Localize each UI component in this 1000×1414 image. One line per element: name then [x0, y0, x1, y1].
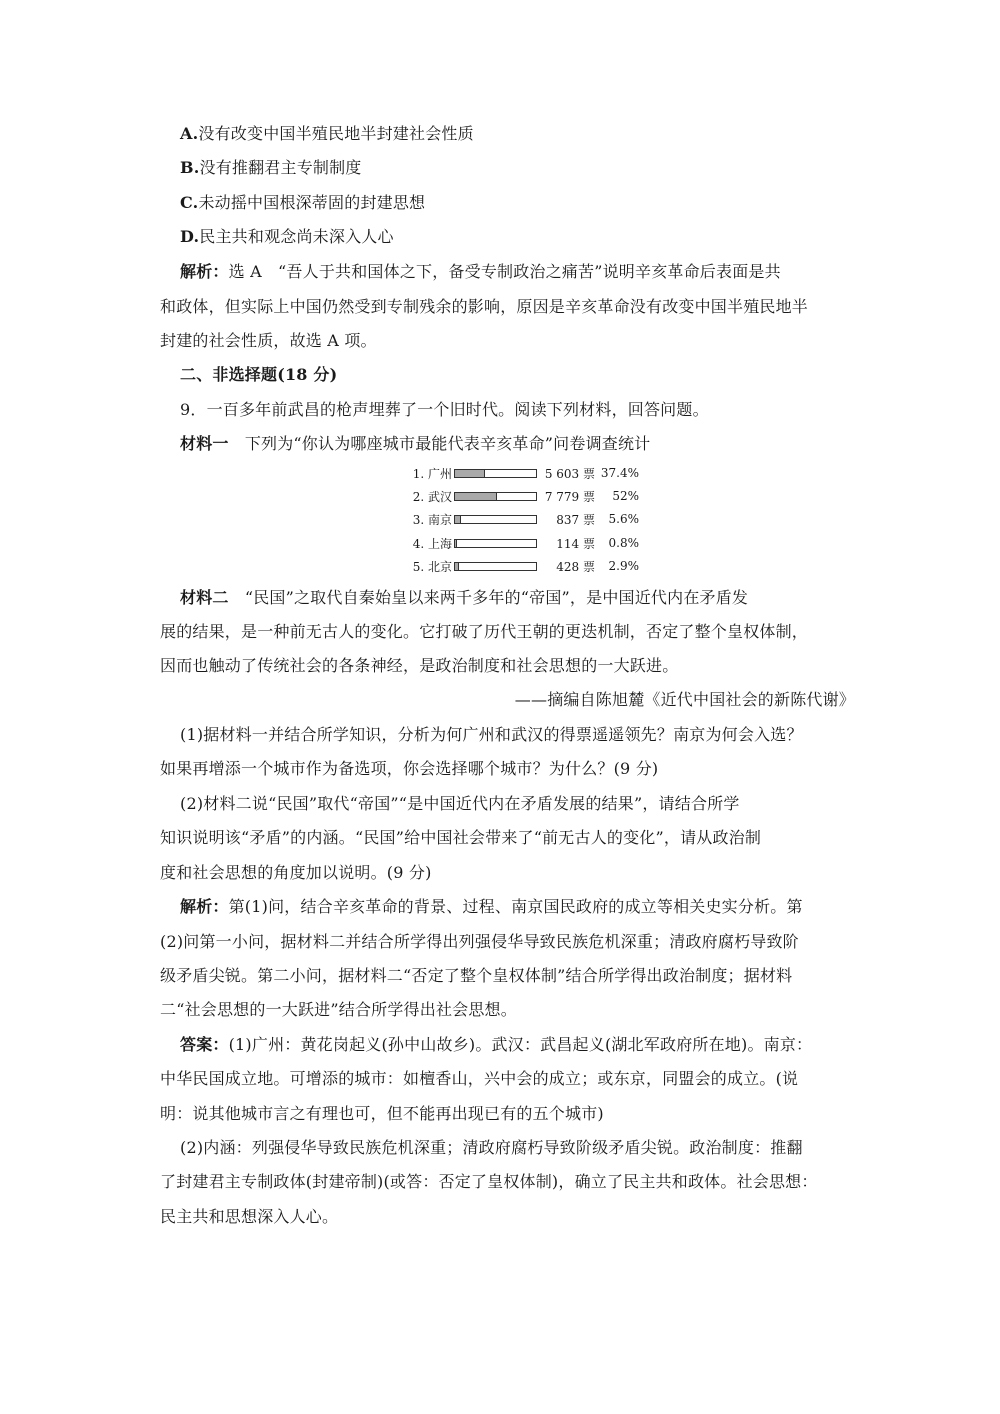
chart-bar-fill	[455, 563, 459, 570]
material1-heading: 材料一 下列为“你认为哪座城市最能代表辛亥革命”问卷调查统计	[180, 434, 830, 454]
analysis8-line-2: 和政体，但实际上中国仍然受到专制残余的影响，原因是辛亥革命没有改变中国半殖民地半	[160, 297, 810, 317]
option-a: A.没有改变中国半殖民地半封建社会性质	[180, 124, 830, 144]
chart-row: 5. 北京 428 票 2.9%	[380, 557, 640, 575]
chart-bar	[454, 469, 537, 478]
answer-line-3: 明：说其他城市言之有理也可，但不能再出现已有的五个城市)	[160, 1104, 810, 1124]
analysis9-line-2: (2)问第一小问，据材料二并结合所学得出列强侵华导致民族危机深重；清政府腐朽导致…	[160, 932, 810, 952]
chart-bar-fill	[455, 493, 497, 500]
material2-source: ——摘编自陈旭麓《近代中国社会的新陈代谢》	[160, 690, 855, 710]
document-page: A.没有改变中国半殖民地半封建社会性质 B.没有推翻君主专制制度 C.未动摇中国…	[0, 0, 1000, 1414]
answer-line-1: 答案：(1)广州：黄花岗起义(孙中山故乡)。武汉：武昌起义(湖北军政府所在地)。…	[180, 1035, 830, 1055]
chart-bar	[454, 492, 537, 501]
analysis8-line-3: 封建的社会性质，故选 A 项。	[160, 331, 810, 351]
sub2-line-2: 知识说明该“矛盾”的内涵。“民国”给中国社会带来了“前无古人的变化”，请从政治制	[160, 828, 810, 848]
material2-line-1: 材料二 “民国”之取代自秦始皇以来两千多年的“帝国”，是中国近代内在矛盾发	[180, 588, 830, 608]
sub1-line-1: (1)据材料一并结合所学知识，分析为何广州和武汉的得票遥遥领先？南京为何会入选？	[180, 725, 830, 745]
option-c: C.未动摇中国根深蒂固的封建思想	[180, 193, 830, 213]
chart-bar-fill	[455, 470, 485, 477]
analysis9-line-1: 解析：第(1)问，结合辛亥革命的背景、过程、南京国民政府的成立等相关史实分析。第	[180, 897, 830, 917]
sub1-line-2: 如果再增添一个城市作为备选项，你会选择哪个城市？为什么？(9 分)	[160, 759, 810, 779]
answer-line-2: 中华民国成立地。可增添的城市：如檀香山，兴中会的成立；或东京，同盟会的成立。(说	[160, 1069, 810, 1089]
analysis8-line-1: 解析：选 A “吾人于共和国体之下，备受专制政治之痛苦”说明辛亥革命后表面是共	[180, 262, 830, 282]
material2-line-3: 因而也触动了传统社会的各条神经，是政治制度和社会思想的一大跃进。	[160, 656, 810, 676]
chart-bar	[454, 539, 537, 548]
analysis9-line-3: 级矛盾尖锐。第二小问，据材料二“否定了整个皇权体制”结合所学得出政治制度；据材料	[160, 966, 810, 986]
option-d: D.民主共和观念尚未深入人心	[180, 227, 830, 247]
answer-line-6: 民主共和思想深入人心。	[160, 1207, 810, 1227]
chart-bar	[454, 562, 537, 571]
section-title: 二、非选择题(18 分)	[180, 365, 830, 385]
chart-row: 4. 上海 114 票 0.8%	[380, 534, 640, 552]
question9-stem: 9．一百多年前武昌的枪声埋葬了一个旧时代。阅读下列材料，回答问题。	[180, 400, 830, 420]
analysis9-line-4: 二“社会思想的一大跃进”结合所学得出社会思想。	[160, 1000, 810, 1020]
sub2-line-1: (2)材料二说“民国”取代“帝国”“是中国近代内在矛盾发展的结果”，请结合所学	[180, 794, 830, 814]
answer-line-5: 了封建君主专制政体(封建帝制)(或答：否定了皇权体制)，确立了民主共和政体。社会…	[160, 1172, 810, 1192]
chart-row: 1. 广州 5 603 票 37.4%	[380, 464, 640, 482]
chart-bar-fill	[455, 540, 457, 547]
survey-chart: 1. 广州 5 603 票 37.4% 2. 武汉 7 779 票 52% 3.…	[380, 462, 640, 577]
option-b: B.没有推翻君主专制制度	[180, 158, 830, 178]
answer-line-4: (2)内涵：列强侵华导致民族危机深重；清政府腐朽导致阶级矛盾尖锐。政治制度：推翻	[180, 1138, 830, 1158]
chart-bar-fill	[455, 516, 461, 523]
chart-row: 2. 武汉 7 779 票 52%	[380, 487, 640, 505]
chart-bar	[454, 515, 537, 524]
sub2-line-3: 度和社会思想的角度加以说明。(9 分)	[160, 863, 810, 883]
material2-line-2: 展的结果，是一种前无古人的变化。它打破了历代王朝的更迭机制，否定了整个皇权体制，	[160, 622, 810, 642]
chart-row: 3. 南京 837 票 5.6%	[380, 510, 640, 528]
